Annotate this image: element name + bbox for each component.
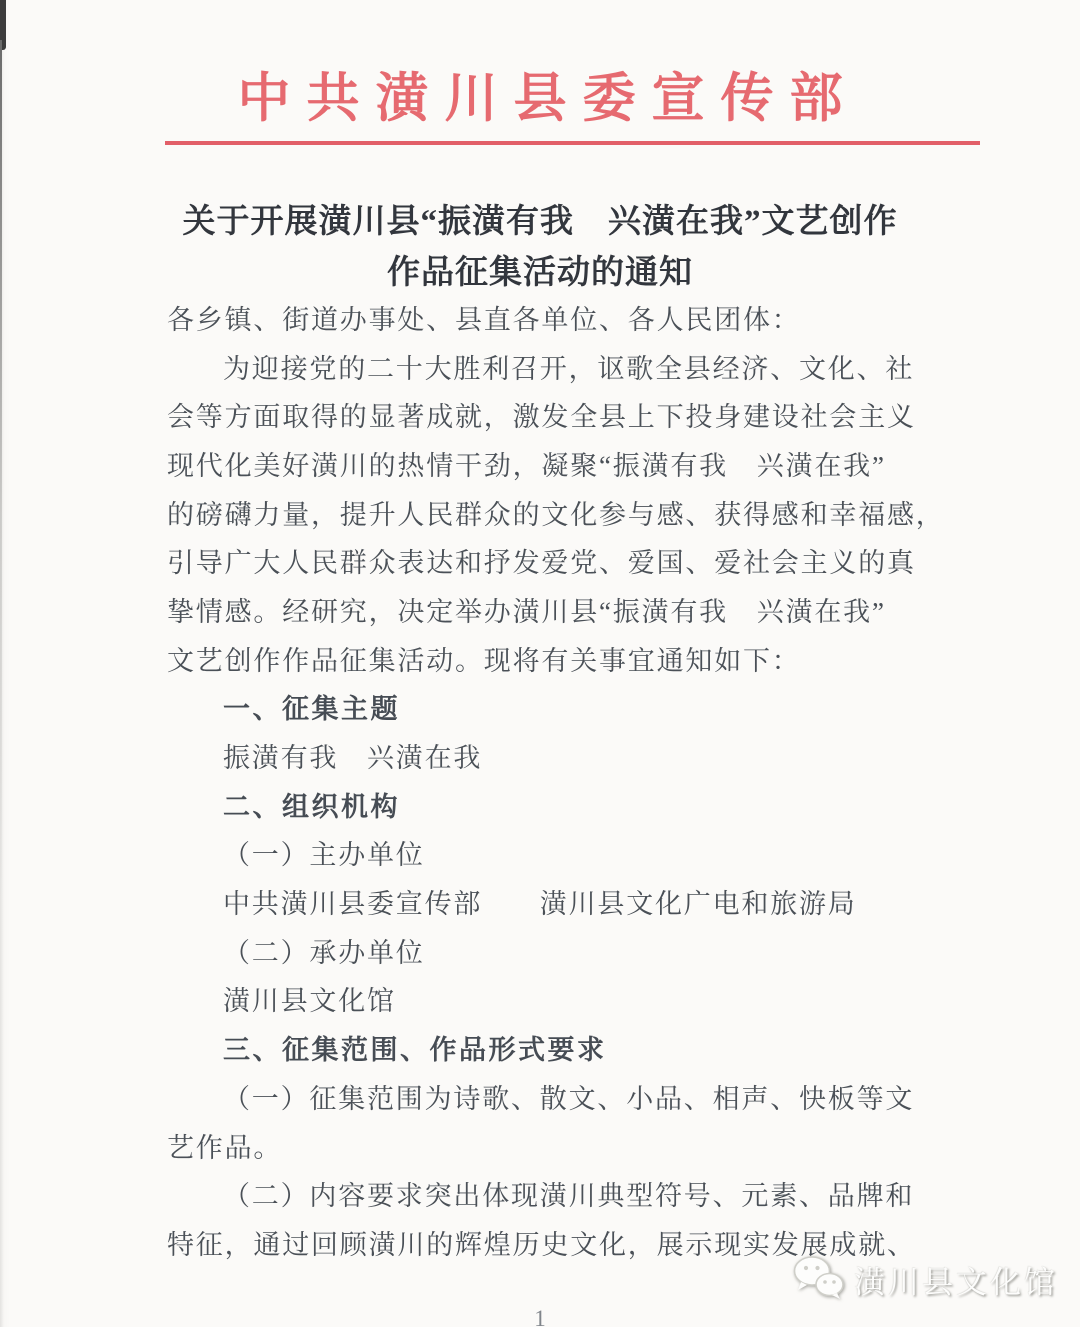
section-heading: 二、组织机构 [167,780,927,829]
body-line: 文艺创作作品征集活动。现将有关事宜通知如下： [167,634,927,683]
body-line: （二）内容要求突出体现潢川典型符号、元素、品牌和 [167,1169,927,1218]
section-heading: 三、征集范围、作品形式要求 [167,1023,927,1072]
letterhead-agency-name: 中共潢川县委宣传部 [0,56,1080,132]
body-line: 的磅礴力量，提升人民群众的文化参与感、获得感和幸福感， [167,488,927,537]
body-line: 引导广大人民群众表达和抒发爱党、爱国、爱社会主义的真 [167,536,927,585]
body-line: 现代化美好潢川的热情干劲，凝聚“振潢有我 兴潢在我” [167,439,927,488]
body-line: 各乡镇、街道办事处、县直各单位、各人民团体： [167,293,927,342]
document-title-line2: 作品征集活动的通知 [0,248,1080,299]
body-line: 会等方面取得的显著成就，激发全县上下投身建设社会主义 [167,390,927,439]
body-line: 为迎接党的二十大胜利召开，讴歌全县经济、文化、社 [167,342,927,391]
body-line: （一）主办单位 [167,829,927,878]
document-title: 关于开展潢川县“振潢有我 兴潢在我”文艺创作 作品征集活动的通知 [0,197,1080,299]
section-heading: 一、征集主题 [167,683,927,732]
page-number: 1 [0,1306,1080,1327]
body-line: 潢川县文化馆 [167,975,927,1024]
document-body: 各乡镇、街道办事处、县直各单位、各人民团体：为迎接党的二十大胜利召开，讴歌全县经… [167,293,927,1267]
body-line: （二）承办单位 [167,926,927,975]
letterhead-red-rule [165,141,980,145]
wechat-account-watermark: 潢川县文化馆 [792,1254,1058,1305]
body-line: 中共潢川县委宣传部 潢川县文化广电和旅游局 [167,877,927,926]
wechat-icon [792,1254,846,1305]
body-line: 艺作品。 [167,1121,927,1170]
document-title-line1: 关于开展潢川县“振潢有我 兴潢在我”文艺创作 [0,197,1080,248]
body-line: （一）征集范围为诗歌、散文、小品、相声、快板等文 [167,1072,927,1121]
body-line: 挚情感。经研究，决定举办潢川县“振潢有我 兴潢在我” [167,585,927,634]
scan-edge-line [0,40,2,900]
watermark-label: 潢川县文化馆 [854,1257,1058,1302]
scanned-document-page: 中共潢川县委宣传部 关于开展潢川县“振潢有我 兴潢在我”文艺创作 作品征集活动的… [0,0,1080,1327]
body-line: 振潢有我 兴潢在我 [167,731,927,780]
